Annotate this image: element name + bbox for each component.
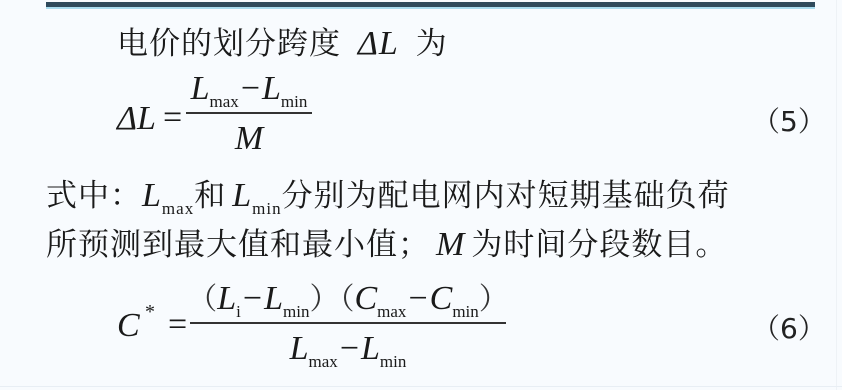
eq6-equals: =: [168, 306, 187, 344]
eq5-minus: −: [241, 70, 260, 107]
eq5-fraction: Lmax−Lmin M: [186, 68, 312, 158]
eq6-open-paren-2: （: [339, 282, 354, 317]
eq5-den-m: M: [235, 120, 263, 157]
eq5-lhs: ΔL: [117, 100, 156, 138]
l-min-sub: min: [252, 199, 281, 218]
explanation-line-1: 式中：Lmax和Lmin分别为配电网内对短期基础负荷: [46, 170, 730, 215]
eq6-cmax: C: [354, 280, 377, 317]
intro-line: 电价的划分跨度 ΔL 为: [117, 18, 448, 63]
eq5-num-l: L: [191, 70, 210, 107]
right-edge: [836, 0, 837, 390]
eq6-li: L: [217, 280, 236, 317]
eq6-minus-2: −: [408, 280, 427, 317]
eq5-equals: =: [163, 99, 182, 137]
eq5-num-sub-min: min: [281, 92, 307, 111]
conj-text: 和: [194, 178, 226, 214]
explanation-text-2: 为时间分段数目。: [471, 227, 727, 263]
eq5-numerator: Lmax−Lmin: [191, 68, 308, 108]
eq6-li-sub: i: [236, 302, 241, 321]
eq6-cmin: C: [430, 280, 453, 317]
eq6-den-minus: −: [340, 330, 359, 367]
top-rule: [46, 2, 815, 7]
eq6-open-paren-1: （: [187, 282, 217, 317]
eq6-close-paren-2: ）: [479, 282, 509, 317]
eq6-close-paren-1: ）: [309, 282, 339, 317]
l-max-sub: max: [162, 199, 194, 218]
eq6-numerator: （Li−Lmin）（Cmax−Cmin）: [187, 274, 509, 318]
eq6-denominator: Lmax−Lmin: [290, 328, 407, 368]
eq6-den-lmin: L: [361, 330, 380, 367]
bottom-edge: [0, 386, 842, 387]
eq5-num-l2: L: [262, 70, 281, 107]
explanation-line-2: 所预测到最大值和最小值；M为时间分段数目。: [46, 219, 727, 264]
eq5-num-sub-max: max: [210, 92, 239, 111]
m-symbol: M: [436, 226, 465, 263]
explanation-text-1: 所预测到最大值和最小值；: [46, 227, 430, 263]
eq6-den-lmax-sub: max: [309, 352, 338, 371]
eq6-lhs-sup: *: [145, 301, 155, 324]
eq6-cmax-sub: max: [377, 302, 406, 321]
delta-l-symbol: ΔL: [358, 25, 399, 62]
eq6-fraction: （Li−Lmin）（Cmax−Cmin） Lmax−Lmin: [190, 274, 506, 368]
l-min-symbol: L: [232, 177, 252, 214]
eq6-lmin-sub: min: [283, 302, 309, 321]
eq6-cmin-sub: min: [452, 302, 478, 321]
eq6-minus-1: −: [243, 280, 262, 317]
intro-text: 电价的划分跨度: [117, 26, 341, 62]
intro-text-end: 为: [416, 26, 448, 62]
explanation-rest: 分别为配电网内对短期基础负荷: [282, 178, 730, 214]
eq6-den-lmax: L: [290, 330, 309, 367]
l-max-symbol: L: [142, 177, 162, 214]
eq6-den-lmin-sub: min: [380, 352, 406, 371]
eq5-denominator: M: [235, 118, 263, 158]
explanation-prefix: 式中：: [46, 178, 142, 214]
eq5-fraction-bar: [186, 112, 312, 114]
eq5-number: （5）: [752, 100, 826, 140]
eq6-lmin: L: [264, 280, 283, 317]
eq6-lhs: C: [117, 307, 140, 345]
eq6-fraction-bar: [190, 322, 506, 324]
eq6-number: （6）: [752, 307, 826, 347]
